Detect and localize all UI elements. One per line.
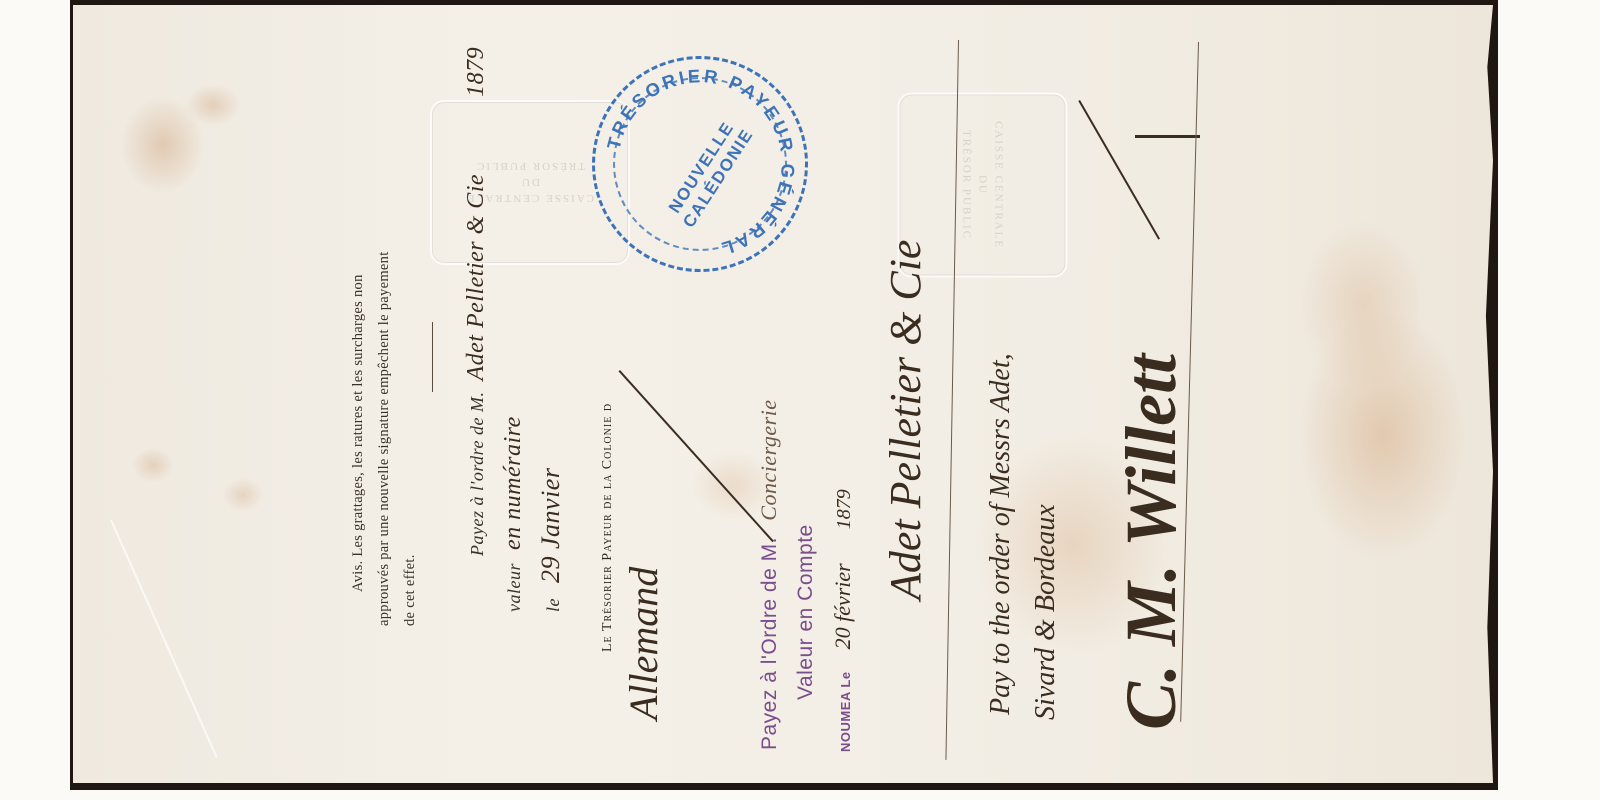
endorsement-3-line-2: Sivard & Bordeaux [1030, 504, 1062, 720]
purple-pay-label: Payez à l'Ordre de M. [758, 537, 781, 750]
year-handwritten: 1879 [463, 47, 489, 97]
emboss-line: DU [520, 175, 540, 191]
notice-line-2: approuvés par une nouvelle signature emp… [371, 251, 397, 626]
endorsement-2-signature: Adet Pelletier & Cie [880, 240, 931, 600]
emboss-line: TRÉSOR PUBLIC [475, 159, 585, 175]
emboss-line: TRÉSOR PUBLIC [959, 130, 975, 240]
printed-notice: Avis. Les grattages, les ratures et les … [345, 251, 423, 592]
signature-crossbar [1135, 135, 1200, 138]
notice-line-3: de cet effet. [397, 251, 423, 626]
date-handwritten: 29 Janvier [536, 468, 565, 583]
payee-handwritten: Adet Pelletier & Cie [463, 174, 489, 381]
emboss-line: CAISSE CENTRALE [991, 121, 1007, 249]
date-label: le [543, 598, 563, 612]
signatory-title: Le Trésorier Payeur de la Colonie d [600, 403, 616, 652]
noumea-label: NOUMEA Le [838, 671, 853, 752]
endorsement-1-date-line: le 29 Janvier [536, 468, 566, 612]
notice-line-1: Avis. Les grattages, les ratures et les … [345, 251, 371, 592]
treasurer-signature: Allemand [620, 567, 667, 720]
noumea-year-handwritten: 1879 [833, 489, 855, 529]
purple-stamp-place-line: NOUMEA Le 20 février 1879 [830, 489, 856, 752]
value-label: valeur [504, 563, 524, 612]
endorsement-1-pay-line: Payez à l'ordre de M. Adet Pelletier & C… [463, 47, 490, 556]
stamp-center-text: NOUVELLE CALÉDONIE [647, 91, 773, 255]
endorsement-3-line-1: Pay to the order of Messrs Adet, [985, 353, 1017, 715]
emboss-line: DU [975, 175, 991, 195]
purple-stamp-pay-line: Payez à l'Ordre de M. Conciergerie [756, 399, 782, 750]
endorsement-1-value-line: valeur en numéraire [500, 416, 527, 612]
divider-rule [432, 322, 433, 392]
svg-text:TRÉSORIER PAYEUR GÉNÉRAL: TRÉSORIER PAYEUR GÉNÉRAL [590, 47, 817, 280]
purple-payee-handwritten: Conciergerie [756, 399, 781, 520]
pay-to-label: Payez à l'ordre de M. [467, 392, 487, 556]
stamp-ring-text-icon: TRÉSORIER PAYEUR GÉNÉRAL [575, 39, 824, 288]
noumea-date-handwritten: 20 février [830, 563, 855, 649]
purple-stamp-value-line: Valeur en Compte [794, 524, 818, 700]
value-handwritten: en numéraire [500, 416, 526, 550]
